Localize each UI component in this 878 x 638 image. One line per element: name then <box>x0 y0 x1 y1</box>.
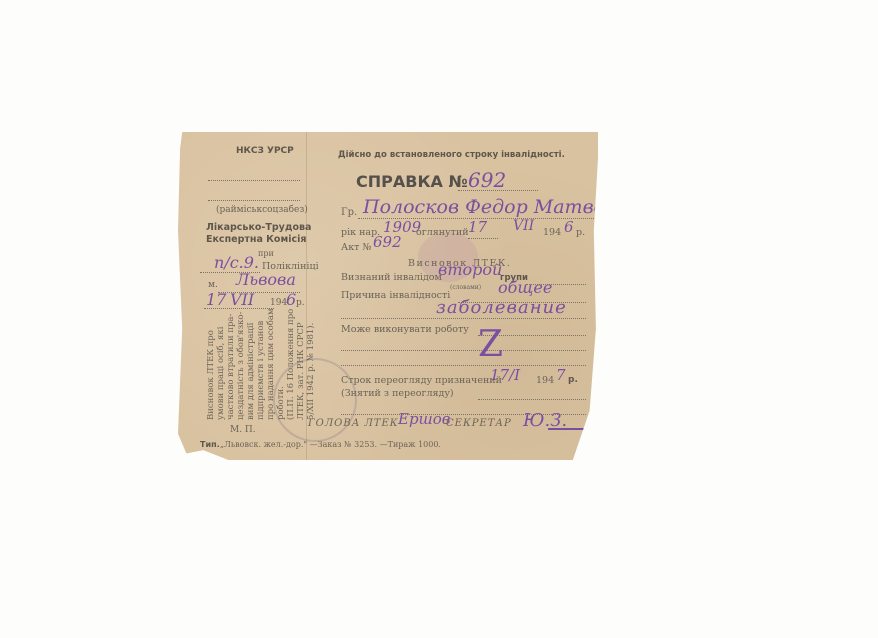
date-year-printed: 194 <box>270 298 287 308</box>
validity-note: Дійсно до встановленого строку інвалідно… <box>338 150 565 160</box>
signature-stroke <box>548 428 596 430</box>
dotted-line <box>208 200 300 201</box>
note-line: Висновок ЛТЕК про <box>206 330 216 420</box>
act-label: Акт № <box>341 242 371 253</box>
disability-group: второй <box>438 260 502 279</box>
date-day: 17 <box>206 290 226 309</box>
dotted-line <box>478 399 586 400</box>
secretary-label: СЕКРЕТАР <box>446 418 512 429</box>
chair-label: ГОЛОВА ЛТЕК <box>308 418 399 429</box>
review-label: Строк переогляду призначений <box>341 375 502 386</box>
commission-name-line1: Лікарсько-Трудова <box>206 222 311 233</box>
note-line: підприємств і установ <box>256 321 266 420</box>
print-label: Тип. <box>200 440 220 449</box>
date-suffix: р. <box>296 298 305 308</box>
review-suffix: р. <box>568 375 578 385</box>
examined-label: оглянутий <box>416 227 469 238</box>
group-caption: (словами) <box>450 284 481 291</box>
commission-name-line2: Експертна Комісія <box>206 234 306 245</box>
seal-label: М. П. <box>230 425 256 435</box>
examined-month: VII <box>513 218 534 234</box>
cause-value-2: заболевание <box>436 297 567 318</box>
dotted-line <box>341 350 586 351</box>
dotted-line <box>341 365 586 366</box>
disability-certificate: НКСЗ УРСР (райміськсоцзабез) Лікарсько-Т… <box>178 132 598 460</box>
examined-year-digit: 6 <box>564 218 574 236</box>
certificate-title: СПРАВКА № <box>356 172 468 191</box>
note-line: вим для адміністрації <box>246 323 256 420</box>
examined-day: 17 <box>468 218 487 236</box>
examined-year-printed: 194 <box>543 227 561 238</box>
date-year-digit: 6 <box>286 290 296 309</box>
citizen-name: Полосков Федор Матвеевич <box>363 196 651 218</box>
dotted-line <box>208 180 300 181</box>
dotted-line <box>341 318 586 319</box>
ministry-header: НКСЗ УРСР <box>236 146 294 156</box>
city-prefix: м. <box>208 280 218 290</box>
cause-value-1: общее <box>498 278 552 297</box>
note-line: частково втратили пра- <box>226 314 236 420</box>
year-suffix: р. <box>576 227 585 238</box>
work-label: Може виконувати роботу <box>341 324 469 335</box>
date-month: VII <box>230 290 254 309</box>
review-date: 17/I <box>490 366 520 384</box>
at-label: при <box>258 249 274 258</box>
chair-signature: Ершов <box>398 410 451 428</box>
rotated-regulation-note: Висновок ЛТЕК про умови праці осіб, які … <box>206 420 207 421</box>
printer-info: „Львовск. жел.-дор." —Заказ № 3253. —Тир… <box>220 440 441 449</box>
city-handwritten: Львова <box>236 270 296 289</box>
act-number: 692 <box>373 233 402 251</box>
review-year-digit: 7 <box>556 366 566 384</box>
work-value: Z <box>478 324 503 365</box>
review-year-printed: 194 <box>536 375 554 386</box>
invalid-label: Визнаний інвалідом <box>341 272 442 283</box>
dotted-line <box>468 238 498 239</box>
round-stamp <box>273 358 357 442</box>
note-line: умови праці осіб, які <box>216 327 226 420</box>
certificate-number: 692 <box>468 168 506 192</box>
citizen-label: Гр. <box>341 207 357 218</box>
cause-label: Причина інвалідності <box>341 290 450 301</box>
note-line: цездатність з обов'язко- <box>236 312 246 420</box>
dept-caption: (райміськсоцзабез) <box>216 205 308 215</box>
indefinite-label: (Знятий з переогляду) <box>341 388 454 399</box>
